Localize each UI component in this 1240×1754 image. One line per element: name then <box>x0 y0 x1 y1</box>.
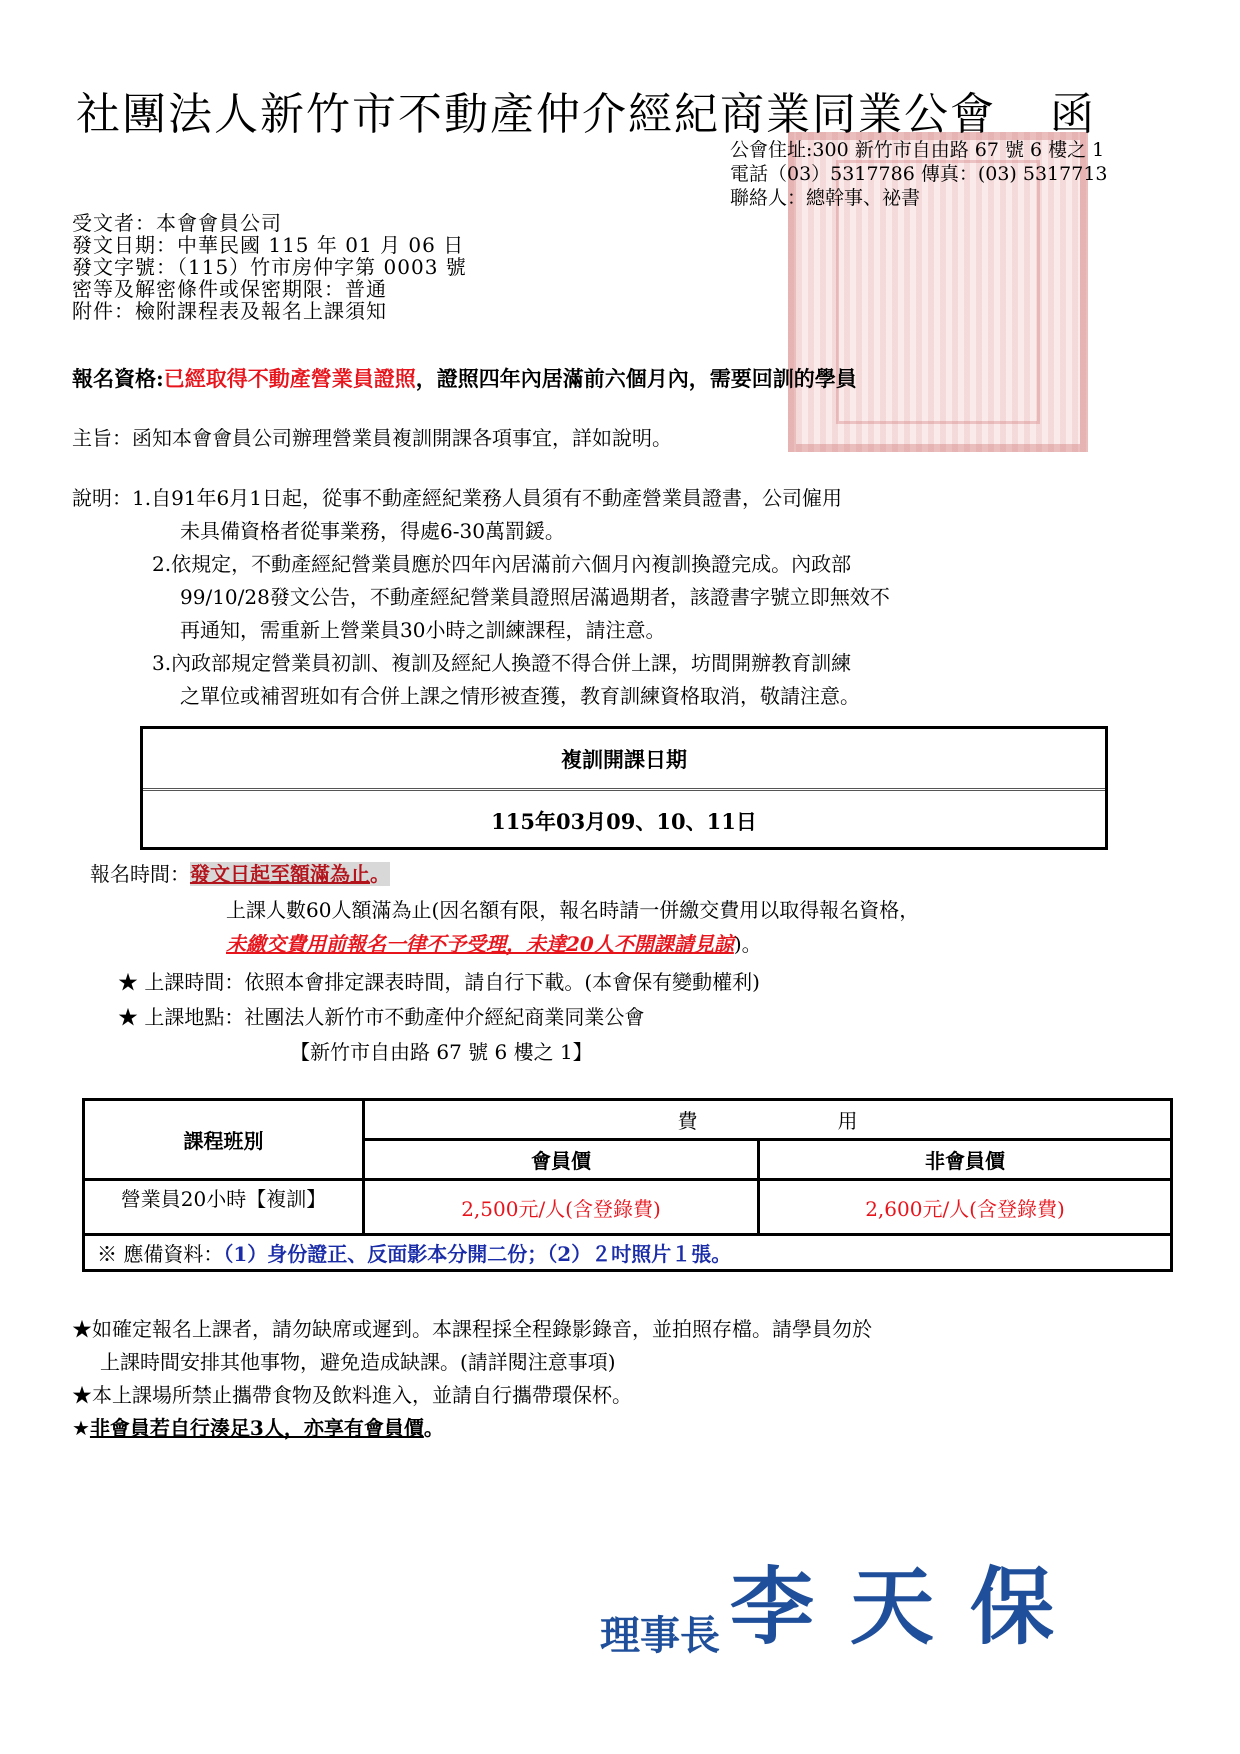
table-row: 營業員20小時【複訓】 2,500元/人(含登錄費) 2,600元/人(含登錄費… <box>84 1180 1172 1235</box>
issue-date: 發文日期：中華民國 115 年 01 月 06 日 <box>72 234 467 256</box>
note-line-member-deal: ★非會員若自行湊足3人，亦享有會員價。 <box>72 1412 872 1445</box>
qualification: 報名資格:已經取得不動產營業員證照，證照四年內居滿前六個月內，需要回訓的學員 <box>72 363 857 393</box>
course-name: 營業員20小時【複訓】 <box>84 1180 364 1235</box>
registration-time: 報名時間：發文日起至額滿為止。 <box>90 858 390 887</box>
payment-warning: 未繳交費用前報名一律不予受理，未達20人不開課請見諒)。 <box>226 928 762 957</box>
recipient: 受文者：本會會員公司 <box>72 212 467 234</box>
payment-warning-text: 未繳交費用前報名一律不予受理，未達20人不開課請見諒 <box>226 932 734 956</box>
signature-role: 理事長 <box>600 1612 720 1659</box>
explanation-line: 說明：1.自91年6月1日起，從事不動產經紀業務人員須有不動產營業員證書，公司僱… <box>72 482 890 515</box>
payment-warning-end: )。 <box>734 932 762 956</box>
note-line: ★本上課場所禁止攜帶食物及飲料進入，並請自行攜帶環保杯。 <box>72 1379 872 1412</box>
course-date-box: 複訓開課日期 115年03月09、10、11日 <box>140 726 1108 850</box>
explanation-line: 之單位或補習班如有合併上課之情形被查獲，教育訓練資格取消，敬請注意。 <box>72 680 890 713</box>
registration-label: 報名時間： <box>90 862 190 886</box>
notes: ★如確定報名上課者，請勿缺席或遲到。本課程採全程錄影錄音，並拍照存檔。請學員勿於… <box>72 1313 872 1445</box>
explanation-line: 3.內政部規定營業員初訓、複訓及經紀人換證不得合併上課，坊間開辦教育訓練 <box>72 647 890 680</box>
signature: 理事長李天保 <box>600 1540 1090 1661</box>
organization-name: 社團法人新竹市不動產仲介經紀商業同業公會 <box>76 89 996 140</box>
qualification-label: 報名資格: <box>72 366 164 391</box>
class-address: 【新竹市自由路 67 號 6 樓之 1】 <box>290 1036 593 1065</box>
star-icon: ★ <box>72 1416 90 1440</box>
qualification-highlight: 已經取得不動產營業員證照 <box>164 366 416 391</box>
member-price: 2,500元/人(含登錄費) <box>364 1180 759 1235</box>
explanation-line: 未具備資格者從事業務，得處6-30萬罰鍰。 <box>72 515 890 548</box>
contact-block: 公會住址:300 新竹市自由路 67 號 6 樓之 1 電話（03）531778… <box>730 138 1108 210</box>
header-nonmember-price: 非會員價 <box>759 1140 1172 1180</box>
class-time: ★ 上課時間：依照本會排定課表時間，請自行下載。(本會保有變動權利) <box>118 966 760 995</box>
explanation-line: 再通知，需重新上營業員30小時之訓練課程，請注意。 <box>72 614 890 647</box>
explanation-line: 99/10/28發文公告，不動產經紀營業員證照居滿過期者，該證書字號立即無效不 <box>72 581 890 614</box>
address: 公會住址:300 新竹市自由路 67 號 6 樓之 1 <box>730 138 1108 162</box>
fee-table: 課程班別 費 用 會員價 非會員價 營業員20小時【複訓】 2,500元/人(含… <box>82 1098 1173 1272</box>
capacity-note: 上課人數60人額滿為止(因名額有限，報名時請一併繳交費用以取得報名資格， <box>226 894 919 923</box>
note-line: ★如確定報名上課者，請勿缺席或遲到。本課程採全程錄影錄音，並拍照存檔。請學員勿於 <box>72 1313 872 1346</box>
course-date-header: 複訓開課日期 <box>143 729 1105 791</box>
registration-period: 發文日起至額滿為止 <box>190 862 370 886</box>
attachment: 附件：檢附課程表及報名上課須知 <box>72 300 467 322</box>
document-number: 發文字號：（115）竹市房仲字第 0003 號 <box>72 256 467 278</box>
contact-person: 聯絡人：總幹事、祕書 <box>730 186 1108 210</box>
document-meta: 受文者：本會會員公司 發文日期：中華民國 115 年 01 月 06 日 發文字… <box>72 212 467 322</box>
document-title: 社團法人新竹市不動產仲介經紀商業同業公會函 <box>76 78 1096 142</box>
header-course: 課程班別 <box>84 1100 364 1180</box>
signature-name: 李天保 <box>730 1557 1090 1656</box>
class-location: ★ 上課地點：社團法人新竹市不動產仲介經紀商業同業公會 <box>118 1001 644 1030</box>
required-documents: ※ 應備資料：（1）身份證正、反面影本分開二份；（2）２吋照片１張。 <box>84 1235 1172 1271</box>
qualification-rest: ，證照四年內居滿前六個月內，需要回訓的學員 <box>416 366 857 391</box>
phone-fax: 電話（03）5317786 傳真：(03) 5317713 <box>730 162 1108 186</box>
classification: 密等及解密條件或保密期限：普通 <box>72 278 467 300</box>
required-items: （1）身份證正、反面影本分開二份；（2）２吋照片１張。 <box>223 1242 731 1266</box>
document-type: 函 <box>1050 89 1096 140</box>
note-line: 上課時間安排其他事物，避免造成缺課。(請詳閱注意事項) <box>72 1346 872 1379</box>
explanation-line: 2.依規定，不動產經紀營業員應於四年內居滿前六個月內複訓換證完成。內政部 <box>72 548 890 581</box>
explanation: 說明：1.自91年6月1日起，從事不動產經紀業務人員須有不動產營業員證書，公司僱… <box>72 482 890 713</box>
subject: 主旨：函知本會會員公司辦理營業員複訓開課各項事宜，詳如說明。 <box>72 422 672 451</box>
required-label: ※ 應備資料： <box>97 1242 223 1266</box>
course-date-value: 115年03月09、10、11日 <box>143 791 1105 850</box>
nonmember-price: 2,600元/人(含登錄費) <box>759 1180 1172 1235</box>
registration-period-end: 。 <box>370 862 390 886</box>
header-fee: 費 用 <box>364 1100 1172 1140</box>
header-member-price: 會員價 <box>364 1140 759 1180</box>
